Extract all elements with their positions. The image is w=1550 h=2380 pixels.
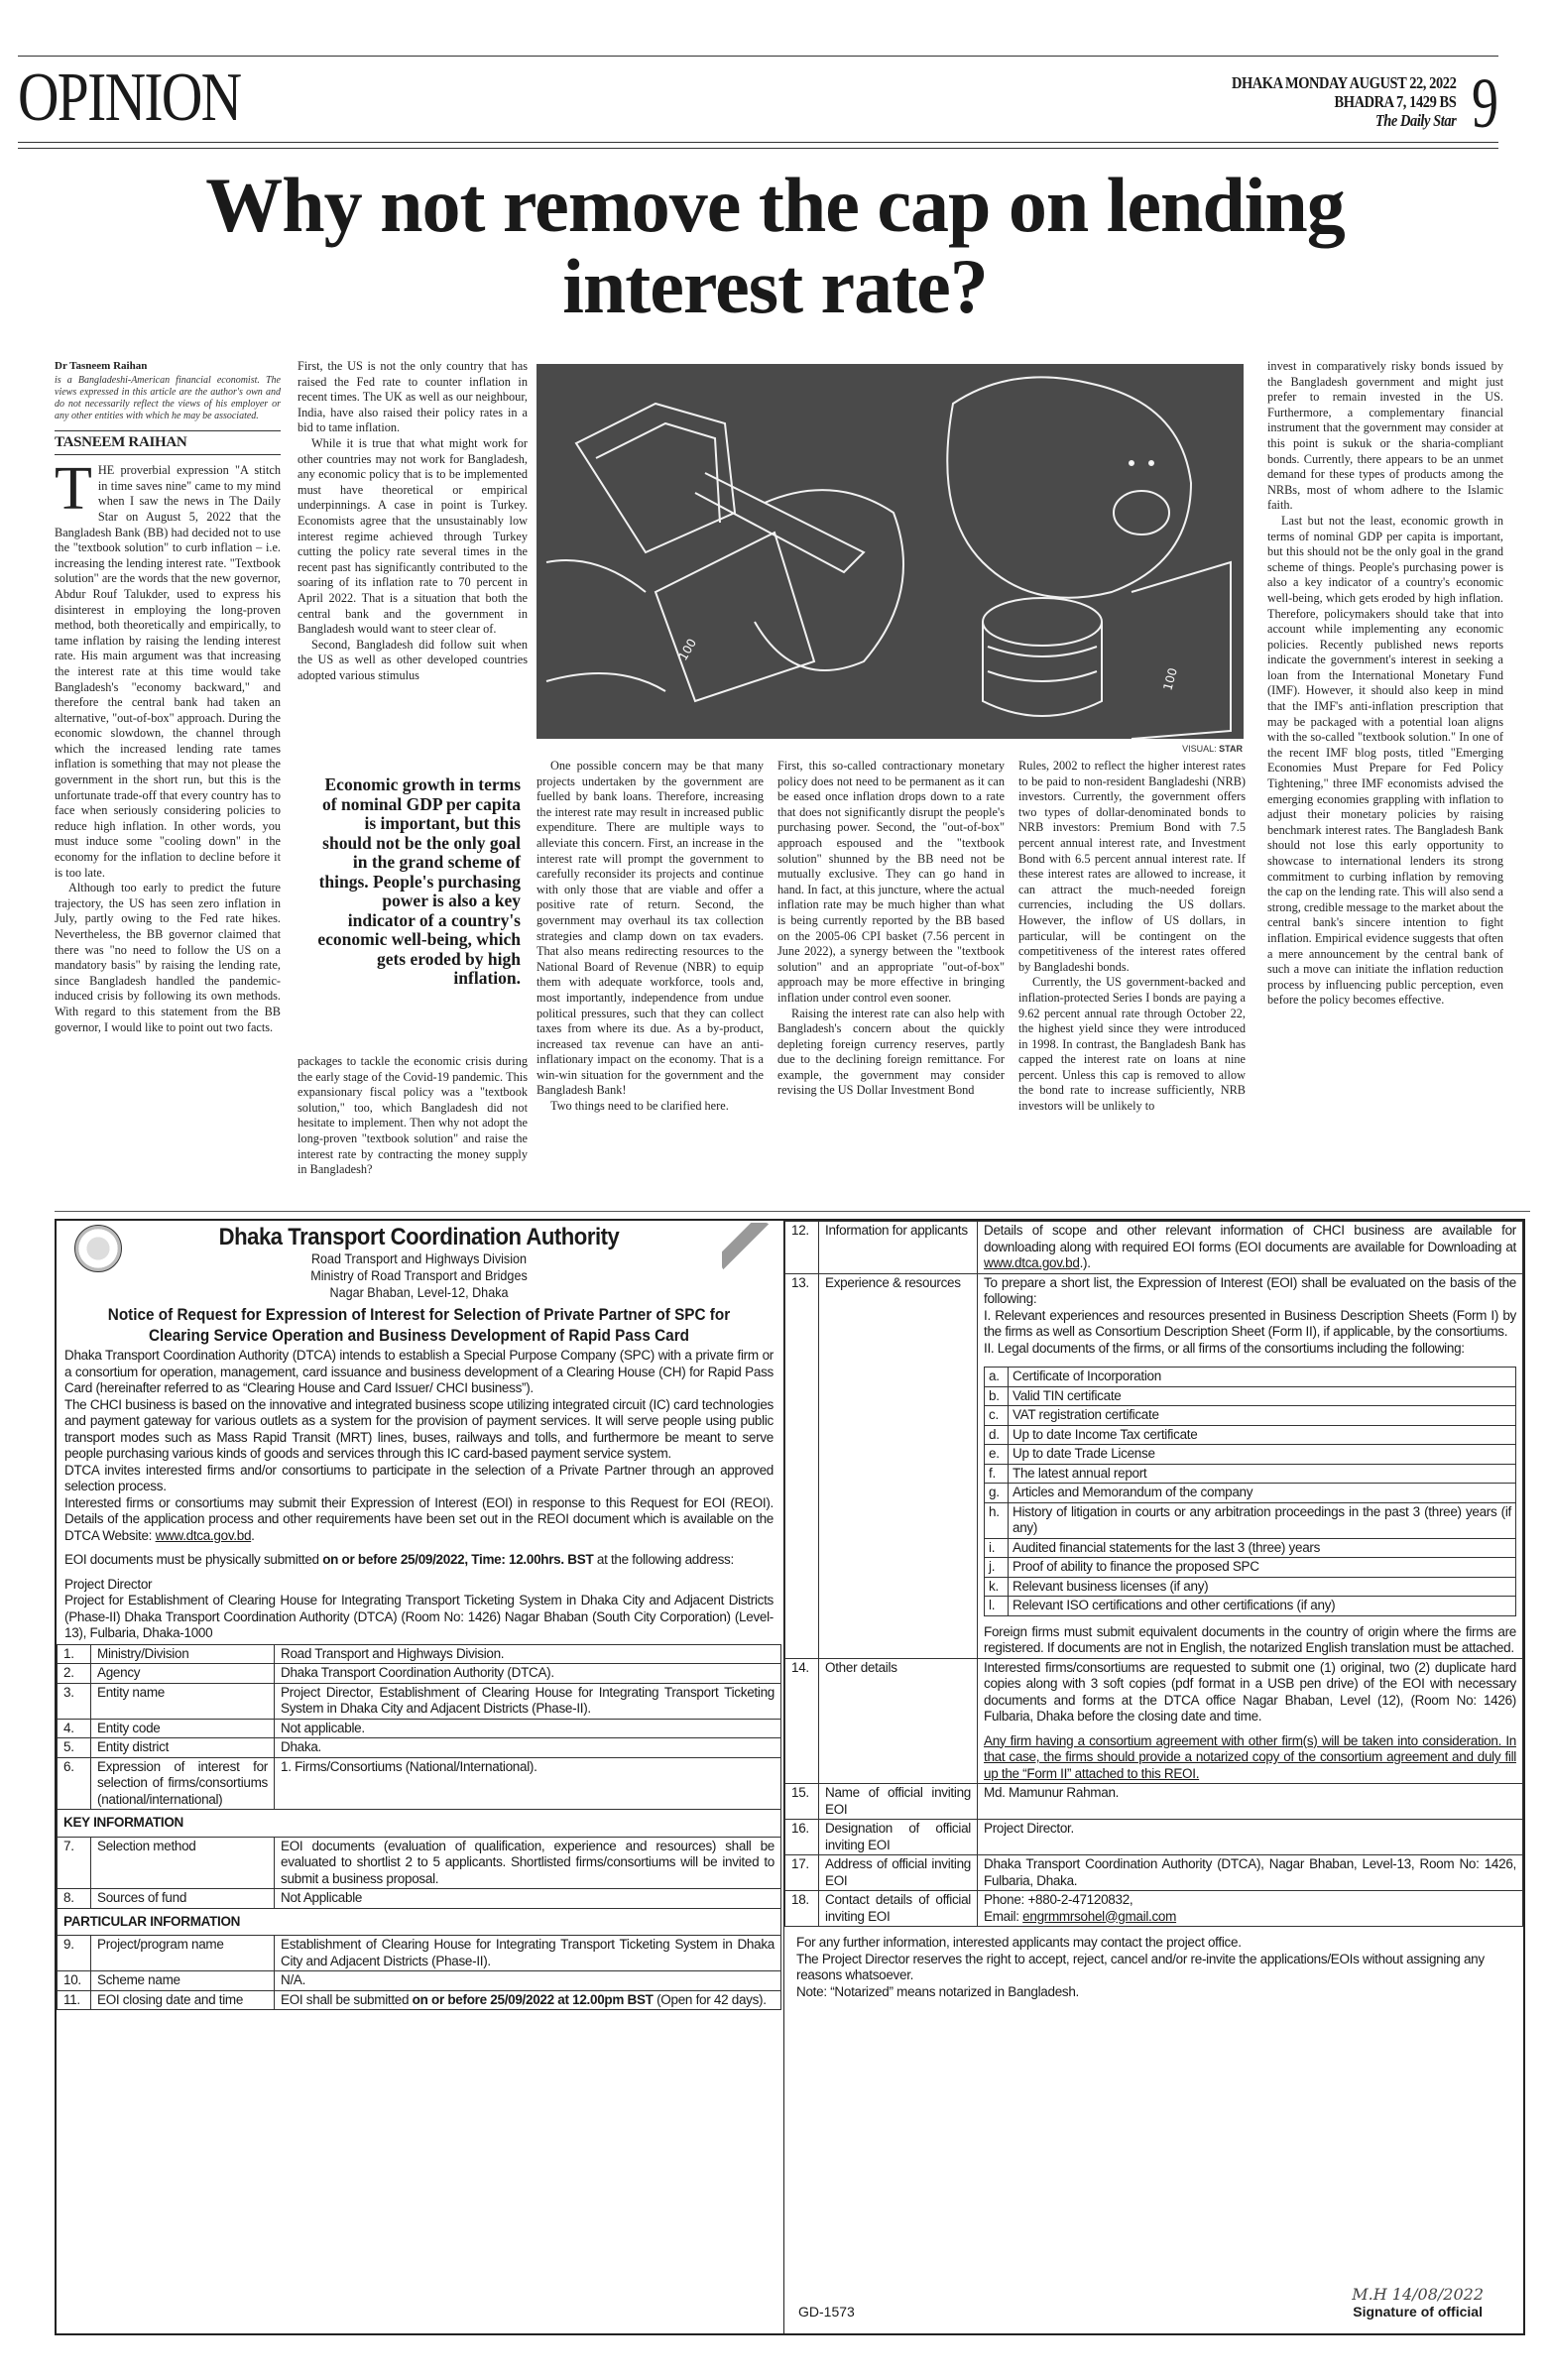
article-column-1: Dr Tasneem Raihan is a Bangladeshi-Ameri…	[55, 359, 281, 1035]
list-item: e.Up to date Trade License	[985, 1445, 1516, 1465]
table-row: 12. Information for applicants Details o…	[785, 1222, 1523, 1274]
author-bio: is a Bangladeshi-American financial econ…	[55, 375, 281, 422]
dtca-eoi-notice: Dhaka Transport Coordination Authority R…	[55, 1219, 1525, 2335]
paragraph: HE proverbial expression "A stitch in ti…	[55, 463, 281, 879]
table-row: 17.Address of official inviting EOIDhaka…	[785, 1855, 1523, 1891]
bengali-date: BHADRA 7, 1429 BS	[1232, 92, 1456, 111]
contact-email-link[interactable]: engrmmrsohel@gmail.com	[1022, 1909, 1176, 1924]
notice-right-column: 12. Information for applicants Details o…	[783, 1221, 1523, 2333]
paragraph: Currently, the US government-backed and …	[1018, 975, 1246, 1114]
info-table-general: 1.Ministry/DivisionRoad Transport and Hi…	[57, 1644, 781, 2011]
article-column-3: One possible concern may be that many pr…	[537, 759, 764, 1115]
ministry-name: Ministry of Road Transport and Bridges	[93, 1267, 746, 1284]
submission-deadline: EOI documents must be physically submitt…	[64, 1552, 774, 1569]
pull-quote: Economic growth in terms of nominal GDP …	[317, 775, 521, 989]
list-item: l.Relevant ISO certifications and other …	[985, 1597, 1516, 1616]
list-item: k.Relevant business licenses (if any)	[985, 1577, 1516, 1597]
submission-address: Project for Establishment of Clearing Ho…	[64, 1593, 774, 1642]
dtca-website-link[interactable]: www.dtca.gov.bd	[984, 1255, 1080, 1270]
article-column-6: invest in comparatively risky bonds issu…	[1267, 359, 1503, 1009]
table-row: 13. Experience & resources To prepare a …	[785, 1273, 1523, 1658]
notice-header: Dhaka Transport Coordination Authority R…	[57, 1221, 781, 1346]
notice-body: Dhaka Transport Coordination Authority (…	[57, 1346, 781, 1644]
table-row: 18. Contact details of official inviting…	[785, 1891, 1523, 1927]
notice-paragraph: The CHCI business is based on the innova…	[64, 1397, 774, 1463]
article-end-rule	[55, 1211, 1530, 1212]
paragraph: packages to tackle the economic crisis d…	[298, 1054, 528, 1178]
list-item: c.VAT registration certificate	[985, 1406, 1516, 1426]
signature-mark: M.H 14/08/2022	[1352, 2285, 1484, 2304]
money-piggy-bank-illustration: 100 100	[537, 364, 1244, 739]
date-line: DHAKA MONDAY AUGUST 22, 2022	[1232, 73, 1456, 92]
particular-information-header: PARTICULAR INFORMATION	[58, 1908, 781, 1936]
paragraph: Last but not the least, economic growth …	[1267, 514, 1503, 1009]
table-row: 14. Other details Interested firms/conso…	[785, 1658, 1523, 1784]
table-row: 5.Entity districtDhaka.	[58, 1738, 781, 1758]
table-row: 3.Entity nameProject Director, Establish…	[58, 1683, 781, 1719]
paragraph: Second, Bangladesh did follow suit when …	[298, 638, 528, 684]
article-column-5: Rules, 2002 to reflect the higher intere…	[1018, 759, 1246, 1115]
signature-label: Signature of official	[1352, 2304, 1484, 2320]
list-item: d.Up to date Income Tax certificate	[985, 1425, 1516, 1445]
paragraph: One possible concern may be that many pr…	[537, 759, 764, 1099]
table-row: 6.Expression of interest for selection o…	[58, 1757, 781, 1810]
byline: TASNEEM RAIHAN	[55, 430, 281, 456]
table-row: 7.Selection methodEOI documents (evaluat…	[58, 1837, 781, 1889]
paper-logo: The Daily Star	[1232, 111, 1456, 130]
list-item: b.Valid TIN certificate	[985, 1386, 1516, 1406]
dateline: DHAKA MONDAY AUGUST 22, 2022 BHADRA 7, 1…	[1232, 73, 1456, 130]
author-bio-name: Dr Tasneem Raihan	[55, 359, 281, 375]
signature-block: M.H 14/08/2022 Signature of official	[1352, 2285, 1484, 2320]
svg-text:100: 100	[675, 637, 699, 663]
article-headline: Why not remove the cap on lending intere…	[149, 165, 1401, 327]
table-row: 9.Project/program nameEstablishment of C…	[58, 1936, 781, 1971]
list-item: j.Proof of ability to finance the propos…	[985, 1558, 1516, 1578]
key-information-header: KEY INFORMATION	[58, 1810, 781, 1838]
notice-paragraph: Interested firms or consortiums may subm…	[64, 1495, 774, 1545]
address-title: Project Director	[64, 1577, 774, 1594]
table-row: 15.Name of official inviting EOIMd. Mamu…	[785, 1784, 1523, 1820]
dtca-website-link[interactable]: www.dtca.gov.bd	[156, 1528, 252, 1543]
section-title: OPINION	[18, 63, 240, 133]
paragraph: Raising the interest rate can also help …	[777, 1007, 1005, 1100]
table-row: 11.EOI closing date and timeEOI shall be…	[58, 1990, 781, 2010]
article-column-2-top: First, the US is not the only country th…	[298, 359, 528, 683]
paragraph: First, the US is not the only country th…	[298, 359, 528, 436]
svg-text:100: 100	[1160, 666, 1179, 692]
drop-cap: T	[55, 465, 92, 513]
illustration-icon: 100 100	[537, 364, 1244, 739]
list-item: g.Articles and Memorandum of the company	[985, 1484, 1516, 1503]
table-row: 4.Entity codeNot applicable.	[58, 1719, 781, 1738]
list-item: a.Certificate of Incorporation	[985, 1368, 1516, 1387]
paragraph: Two things need to be clarified here.	[537, 1099, 764, 1115]
page-number: 9	[1472, 67, 1498, 139]
gd-number: GD-1573	[798, 2304, 855, 2320]
visual-credit: VISUAL: STAR	[1182, 744, 1243, 754]
masthead-top-rule	[18, 56, 1498, 57]
article-column-4: First, this so-called contractionary mon…	[777, 759, 1005, 1099]
required-documents-list: a.Certificate of Incorporation b.Valid T…	[984, 1367, 1516, 1616]
division-name: Road Transport and Highways Division	[93, 1250, 746, 1267]
paragraph: While it is true that what might work fo…	[298, 436, 528, 638]
paragraph: First, this so-called contractionary mon…	[777, 759, 1005, 1007]
notice-left-column: Dhaka Transport Coordination Authority R…	[57, 1221, 781, 2333]
notice-title: Notice of Request for Expression of Inte…	[93, 1304, 746, 1346]
paragraph: invest in comparatively risky bonds issu…	[1267, 359, 1503, 514]
table-row: 8.Sources of fundNot Applicable	[58, 1889, 781, 1909]
notice-paragraph: DTCA invites interested firms and/or con…	[64, 1463, 774, 1495]
list-item: f.The latest annual report	[985, 1464, 1516, 1484]
table-row: 1.Ministry/DivisionRoad Transport and Hi…	[58, 1644, 781, 1664]
office-address: Nagar Bhaban, Level-12, Dhaka	[93, 1284, 746, 1301]
organization-name: Dhaka Transport Coordination Authority	[85, 1225, 753, 1250]
table-row: 2.AgencyDhaka Transport Coordination Aut…	[58, 1664, 781, 1684]
paragraph: Although too early to predict the future…	[55, 881, 281, 1035]
article-column-2-bottom: packages to tackle the economic crisis d…	[298, 1054, 528, 1178]
notice-footer: For any further information, interested …	[784, 1927, 1523, 2008]
table-row: 10.Scheme nameN/A.	[58, 1971, 781, 1991]
notice-paragraph: Dhaka Transport Coordination Authority (…	[64, 1348, 774, 1397]
info-table-details: 12. Information for applicants Details o…	[784, 1221, 1523, 1927]
paragraph: Rules, 2002 to reflect the higher intere…	[1018, 759, 1246, 975]
list-item: h.History of litigation in courts or any…	[985, 1502, 1516, 1538]
list-item: i.Audited financial statements for the l…	[985, 1538, 1516, 1558]
table-row: 16.Designation of official inviting EOIP…	[785, 1820, 1523, 1855]
masthead-bottom-rule	[18, 142, 1498, 149]
